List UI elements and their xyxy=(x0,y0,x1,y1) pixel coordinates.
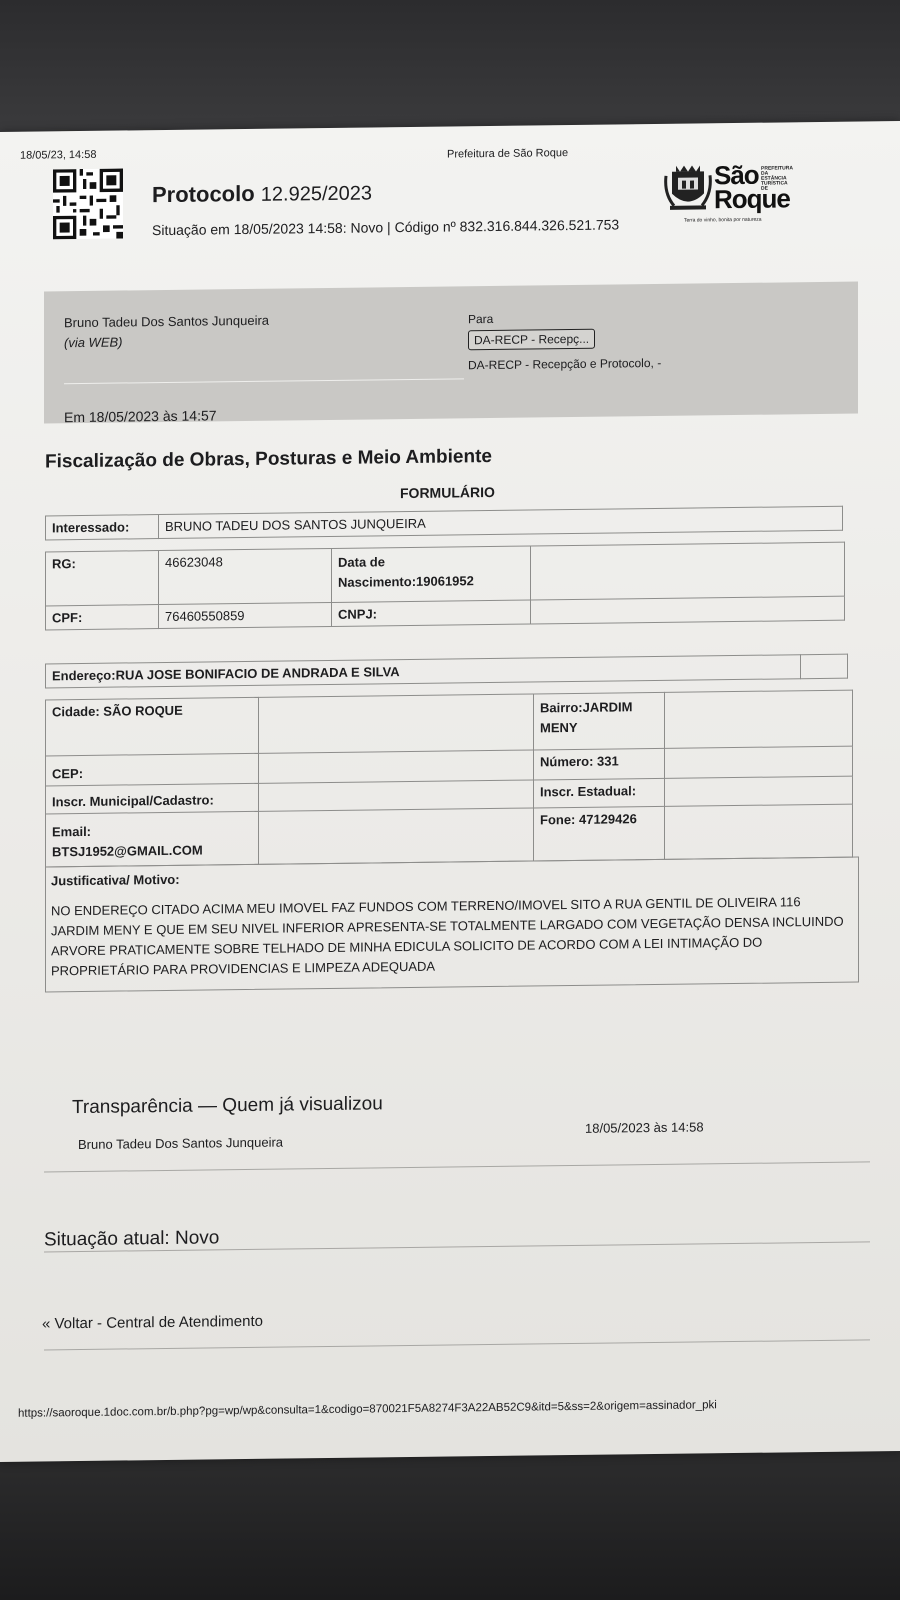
viewed-datetime: 18/05/2023 às 14:58 xyxy=(585,1119,704,1135)
divider xyxy=(44,1339,870,1350)
recipient-department-full: DA-RECP - Recepção e Protocolo, - xyxy=(468,356,661,372)
recipient-department-chip[interactable]: DA-RECP - Recepç... xyxy=(468,329,595,351)
justification-label: Justificativa/ Motivo: xyxy=(51,872,180,889)
empty-cell xyxy=(531,542,845,600)
organization-name: Prefeitura de São Roque xyxy=(447,147,568,160)
justification-box: Justificativa/ Motivo: NO ENDEREÇO CITAD… xyxy=(45,857,859,993)
cep-value xyxy=(259,750,534,783)
empty-cell xyxy=(665,804,853,859)
page-url-footer: https://saoroque.1doc.com.br/b.php?pg=wp… xyxy=(18,1399,717,1420)
cpf-label: CPF: xyxy=(46,605,159,630)
location-table: Cidade: SÃO ROQUE Bairro:JARDIM MENY CEP… xyxy=(45,690,853,868)
print-datetime: 18/05/23, 14:58 xyxy=(20,149,96,162)
empty-cell xyxy=(801,654,848,679)
municipal-registration-value xyxy=(259,780,534,811)
sender-channel: (via WEB) xyxy=(64,335,123,351)
cpf-value: 76460550859 xyxy=(159,602,332,628)
printed-page: 18/05/23, 14:58 Prefeitura de São Roque … xyxy=(0,121,900,1462)
protocol-label: Protocolo xyxy=(152,181,255,207)
section-title: Fiscalização de Obras, Posturas e Meio A… xyxy=(45,446,492,473)
email-value: BTSJ1952@GMAIL.COM xyxy=(52,840,252,862)
cep-label: CEP: xyxy=(46,753,259,786)
neighborhood-field: Bairro:JARDIM MENY xyxy=(534,692,665,750)
protocol-heading: Protocolo 12.925/2023 xyxy=(152,179,372,208)
justification-text: NO ENDEREÇO CITADO ACIMA MEU IMOVEL FAZ … xyxy=(51,892,852,982)
address-field: Endereço:RUA JOSE BONIFACIO DE ANDRADA E… xyxy=(46,655,801,688)
current-status: Situação atual: Novo xyxy=(44,1227,219,1251)
interessado-value: BRUNO TADEU DOS SANTOS JUNQUEIRA xyxy=(159,506,843,538)
empty-cell xyxy=(665,776,853,806)
logo-tagline: Terra do vinho, bonita por natureza xyxy=(684,217,762,224)
form-title: FORMULÁRIO xyxy=(400,484,495,501)
empty-cell xyxy=(259,808,534,864)
birthdate-field: Data de Nascimento:19061952 xyxy=(332,546,531,602)
email-label: Email: xyxy=(52,820,252,842)
cnpj-label: CNPJ: xyxy=(332,600,531,626)
current-status-label: Situação atual: xyxy=(44,1228,170,1251)
rg-label: RG: xyxy=(46,551,159,606)
cnpj-value xyxy=(531,596,845,624)
sender-name: Bruno Tadeu Dos Santos Junqueira xyxy=(64,313,269,331)
qr-code-icon xyxy=(52,168,124,239)
address-table: Endereço:RUA JOSE BONIFACIO DE ANDRADA E… xyxy=(45,654,848,689)
coat-of-arms-icon xyxy=(664,163,712,214)
status-line: Situação em 18/05/2023 14:58: Novo | Cód… xyxy=(152,216,619,238)
divider xyxy=(44,1161,870,1172)
number-field: Número: 331 xyxy=(534,748,665,780)
divider xyxy=(64,378,464,384)
phone-field: Fone: 47129426 xyxy=(534,806,665,861)
logo-side-text: PREFEITURA DA ESTÂNCIA TURÍSTICA DE xyxy=(761,166,791,191)
rg-value: 46623048 xyxy=(159,548,332,604)
sao-roque-logo: São Roque PREFEITURA DA ESTÂNCIA TURÍSTI… xyxy=(664,162,794,226)
current-status-value: Novo xyxy=(175,1227,219,1249)
protocol-number: 12.925/2023 xyxy=(261,182,372,205)
recipient-label: Para xyxy=(468,312,493,326)
documents-table: RG: 46623048 Data de Nascimento:19061952… xyxy=(45,542,845,631)
routing-panel: Bruno Tadeu Dos Santos Junqueira (via WE… xyxy=(44,282,858,424)
municipal-registration-label: Inscr. Municipal/Cadastro: xyxy=(46,783,259,814)
city-field: Cidade: SÃO ROQUE xyxy=(46,697,259,756)
state-registration-label: Inscr. Estadual: xyxy=(534,778,665,808)
viewer-name: Bruno Tadeu Dos Santos Junqueira xyxy=(78,1135,283,1153)
interessado-table: Interessado: BRUNO TADEU DOS SANTOS JUNQ… xyxy=(45,506,843,541)
sent-datetime: Em 18/05/2023 às 14:57 xyxy=(64,407,217,425)
empty-cell xyxy=(259,694,534,753)
transparency-title: Transparência — Quem já visualizou xyxy=(72,1093,383,1119)
back-to-service-center-link[interactable]: « Voltar - Central de Atendimento xyxy=(42,1313,263,1333)
empty-cell xyxy=(665,690,853,748)
email-field: Email: BTSJ1952@GMAIL.COM xyxy=(46,811,259,867)
interessado-label: Interessado: xyxy=(46,515,159,540)
empty-cell xyxy=(665,746,853,778)
